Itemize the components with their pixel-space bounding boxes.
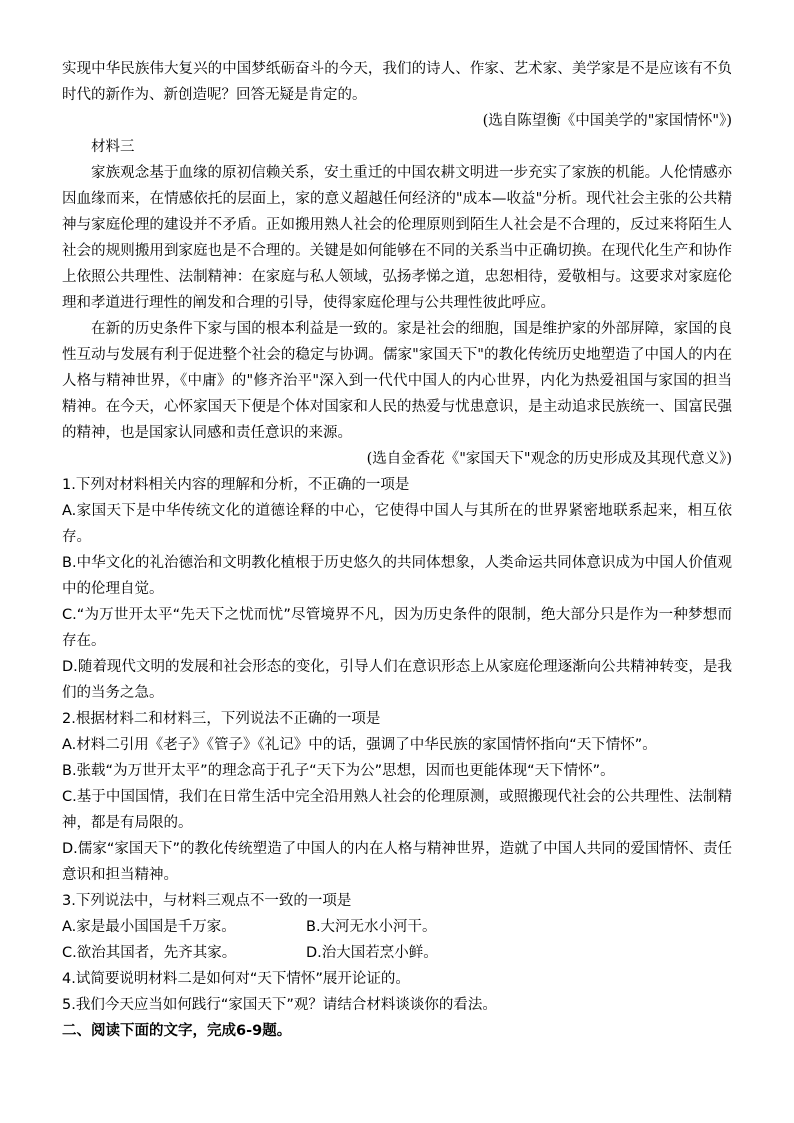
question-1-option-b: B.中华文化的礼治德治和文明教化植根于历史悠久的共同体想象，人类命运共同体意识成…	[62, 550, 732, 602]
material-three-paragraph-2: 在新的历史条件下家与国的根本利益是一致的。家是社会的细胞，国是维护家的外部屏障，…	[62, 316, 732, 446]
question-2-option-a: A.材料二引用《老子》《管子》《礼记》中的话，强调了中华民族的家国情怀指向“天下…	[62, 732, 732, 758]
question-2-option-b: B.张载“为万世开太平”的理念高于孔子“天下为公”思想，因而也更能体现“天下情怀…	[62, 758, 732, 784]
question-2-stem: 2.根据材料二和材料三，下列说法不正确的一项是	[62, 706, 732, 732]
question-3-stem: 3.下列说法中，与材料三观点不一致的一项是	[62, 888, 732, 914]
section-two-heading: 二、阅读下面的文字，完成6-9题。	[62, 1018, 732, 1044]
exam-page: 实现中华民族伟大复兴的中国梦纸砺奋斗的今天，我们的诗人、作家、艺术家、美学家是不…	[0, 0, 794, 1123]
question-2-option-d: D.儒家“家国天下”的教化传统塑造了中国人的内在人格与精神世界，造就了中国人共同…	[62, 836, 732, 888]
question-3-option-a: A.家是最小国国是千万家。	[62, 914, 306, 940]
question-1-stem: 1.下列对材料相关内容的理解和分析，不正确的一项是	[62, 472, 732, 498]
question-5-stem: 5.我们今天应当如何践行“家国天下”观？请结合材料谈谈你的看法。	[62, 992, 732, 1018]
questions-block: 1.下列对材料相关内容的理解和分析，不正确的一项是 A.家国天下是中华传统文化的…	[62, 472, 732, 1044]
question-2-option-c: C.基于中国国情，我们在日常生活中完全沿用熟人社会的伦理原测，或照搬现代社会的公…	[62, 784, 732, 836]
reading-passage: 实现中华民族伟大复兴的中国梦纸砺奋斗的今天，我们的诗人、作家、艺术家、美学家是不…	[62, 56, 732, 472]
passage-continuation-paragraph: 实现中华民族伟大复兴的中国梦纸砺奋斗的今天，我们的诗人、作家、艺术家、美学家是不…	[62, 56, 732, 108]
question-1-option-c: C.“为万世开太平“先天下之忧而忧”尽管境界不凡，因为历史条件的限制，绝大部分只…	[62, 602, 732, 654]
material-three-paragraph-1: 家族观念基于血缘的原初信赖关系，安土重迁的中国农耕文明进一步充实了家族的机能。人…	[62, 160, 732, 316]
question-1-option-a: A.家国天下是中华传统文化的道德诠释的中心，它使得中国人与其所在的世界紧密地联系…	[62, 498, 732, 550]
exam-content: 实现中华民族伟大复兴的中国梦纸砺奋斗的今天，我们的诗人、作家、艺术家、美学家是不…	[62, 56, 732, 1044]
question-4-stem: 4.试简要说明材料二是如何对“天下情怀”展开论证的。	[62, 966, 732, 992]
question-3-option-row-1: A.家是最小国国是千万家。B.大河无水小河干。	[62, 914, 732, 940]
material-three-label: 材料三	[62, 134, 732, 160]
question-3-option-row-2: C.欲治其国者，先齐其家。D.治大国若烹小鲜。	[62, 940, 732, 966]
source-attribution-2: (选自金香花《"家国天下"观念的历史形成及其现代意义》)	[62, 446, 732, 472]
question-1-option-d: D.随着现代文明的发展和社会形态的变化，引导人们在意识形态上从家庭伦理逐渐向公共…	[62, 654, 732, 706]
question-3-option-b: B.大河无水小河干。	[306, 914, 437, 940]
question-3-option-d: D.治大国若烹小鲜。	[306, 940, 438, 966]
source-attribution-1: (选自陈望衡《中国美学的"家国情怀"》)	[62, 108, 732, 134]
question-3-option-c: C.欲治其国者，先齐其家。	[62, 940, 306, 966]
